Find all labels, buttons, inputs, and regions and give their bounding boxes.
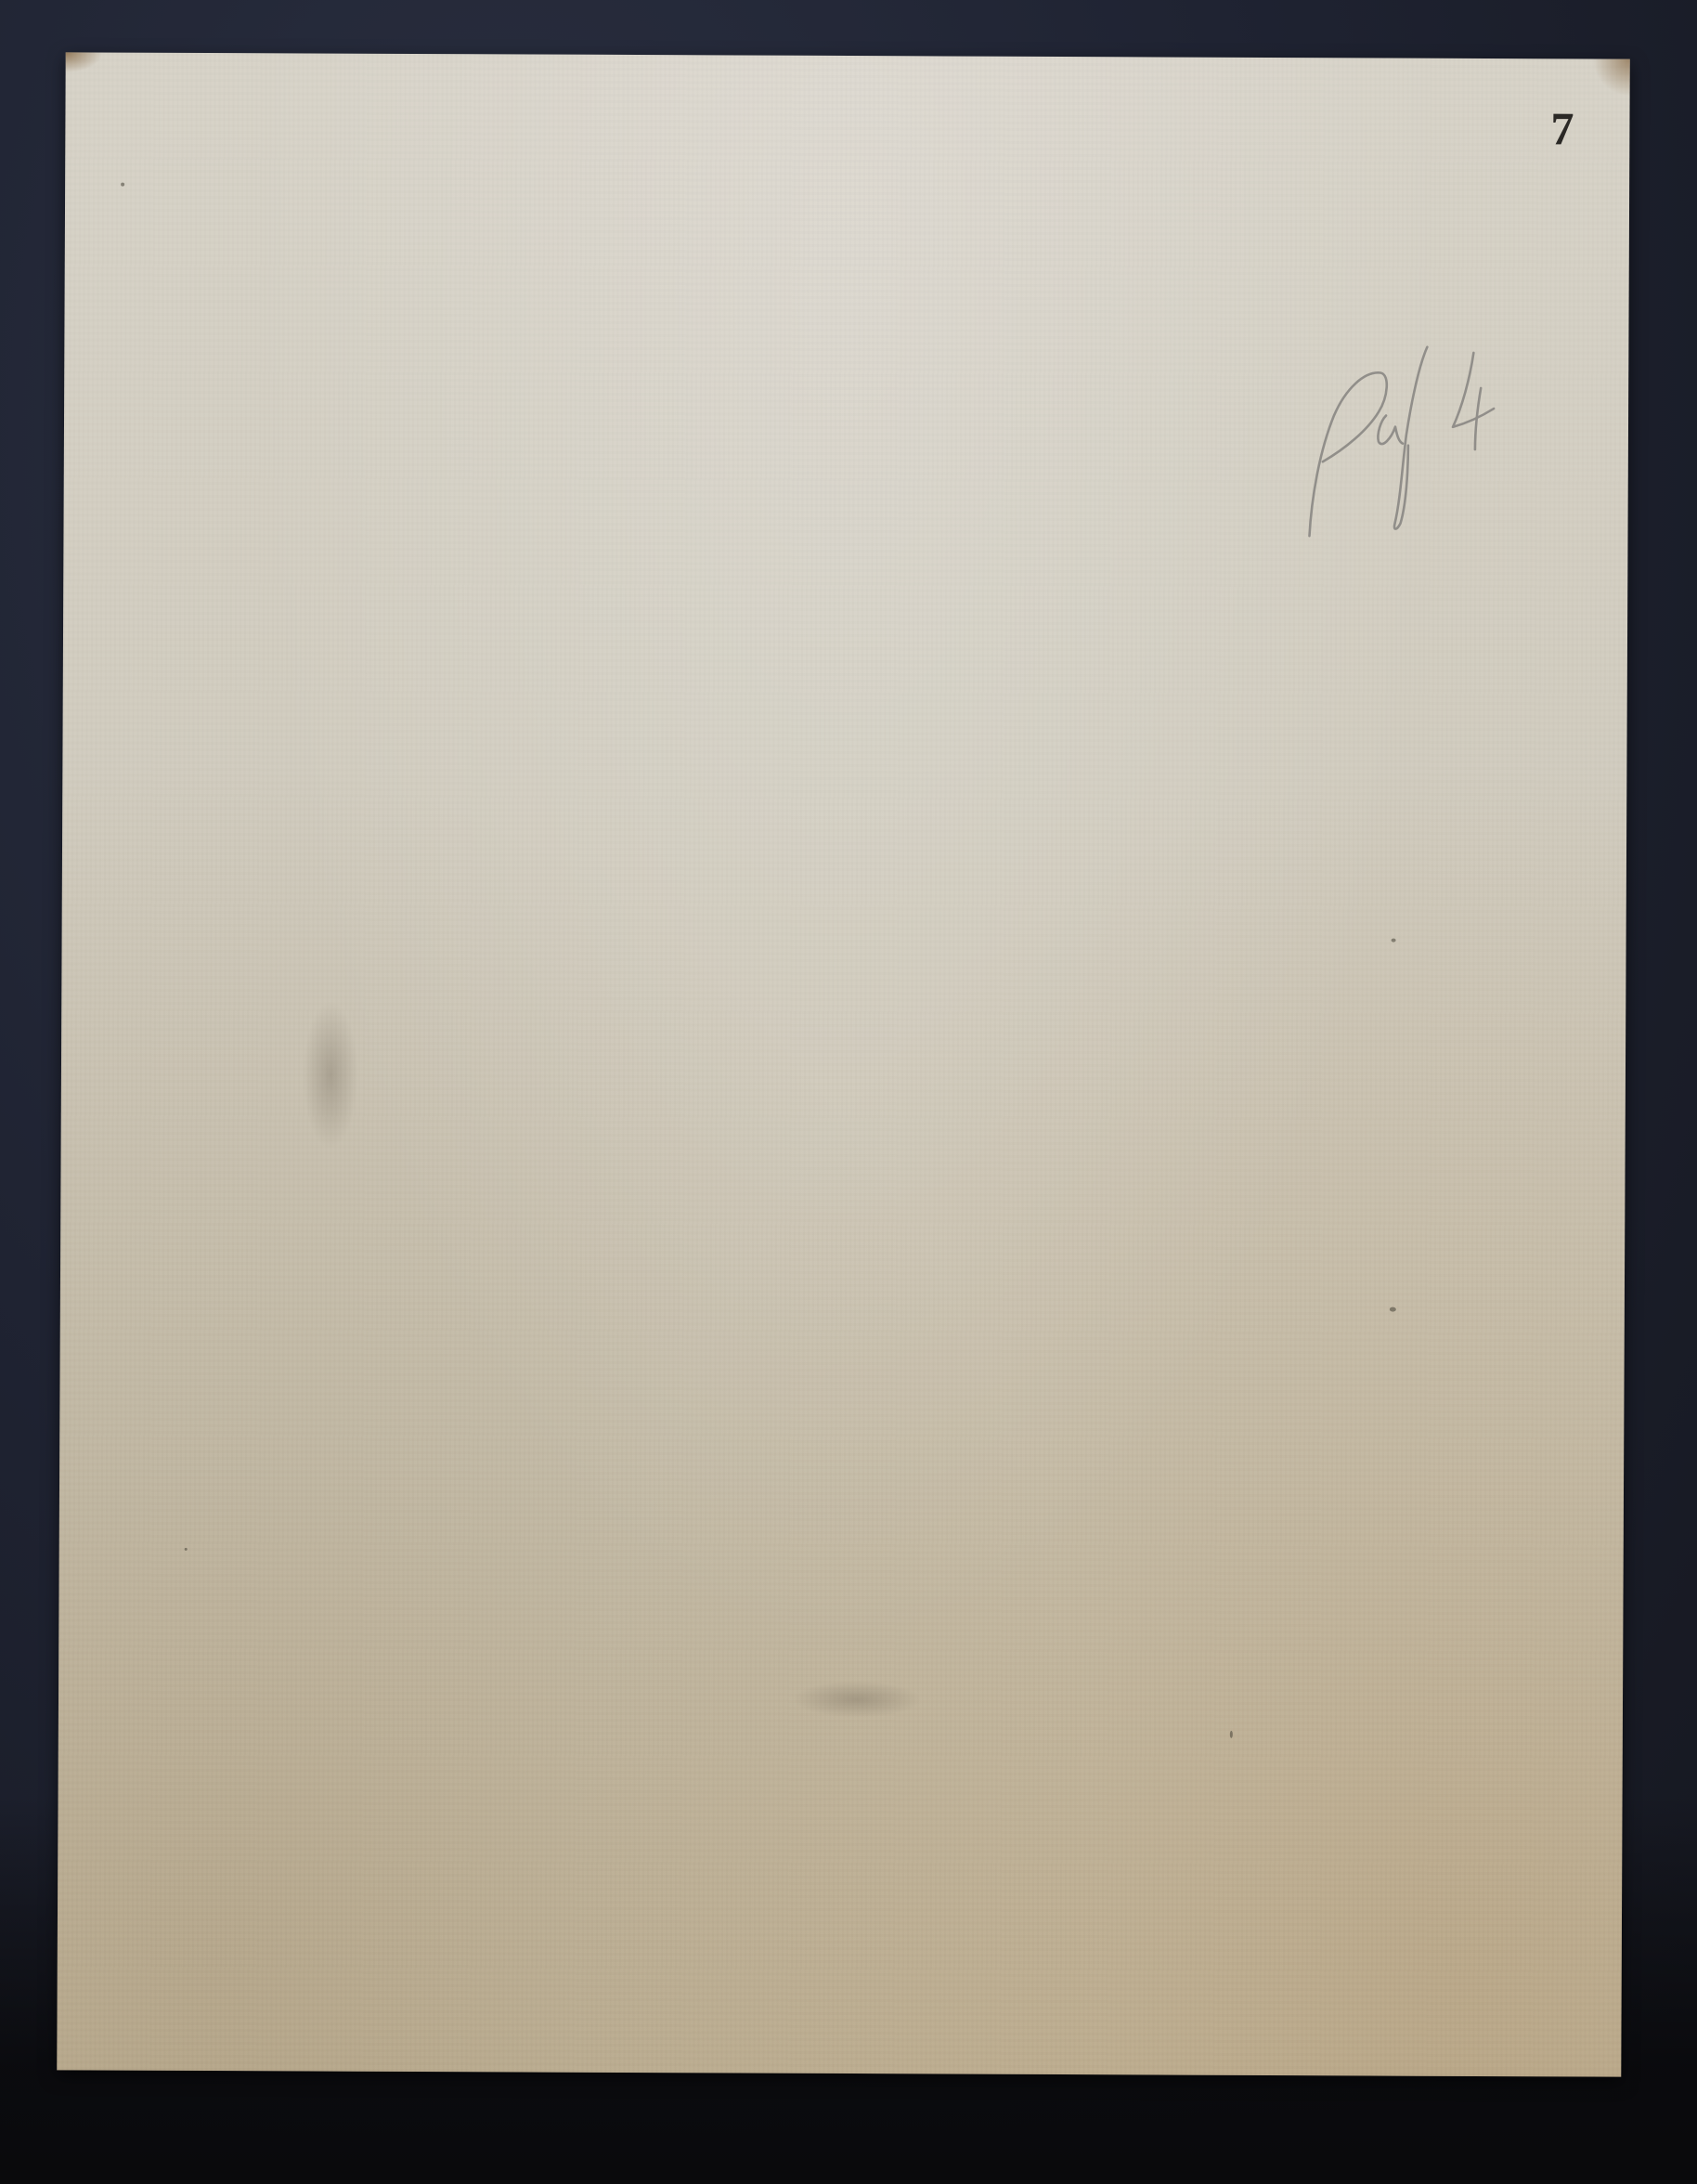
paper-speck (185, 1548, 188, 1551)
handwriting-glyphs (1270, 341, 1549, 565)
paper-sheet: 7 Pag 4 (57, 52, 1629, 2076)
paper-smudge (303, 1000, 359, 1149)
handwritten-pencil-note: Pag 4 (1270, 341, 1549, 565)
paper-speck (1230, 1731, 1233, 1738)
paper-speck (1392, 939, 1396, 942)
corner-wear-top-right (1593, 59, 1630, 97)
paper-speck (121, 183, 124, 187)
page-number: 7 (1550, 105, 1574, 151)
paper-speck (1390, 1307, 1396, 1312)
paper-smudge (792, 1681, 922, 1719)
corner-wear-top-left (66, 52, 103, 72)
